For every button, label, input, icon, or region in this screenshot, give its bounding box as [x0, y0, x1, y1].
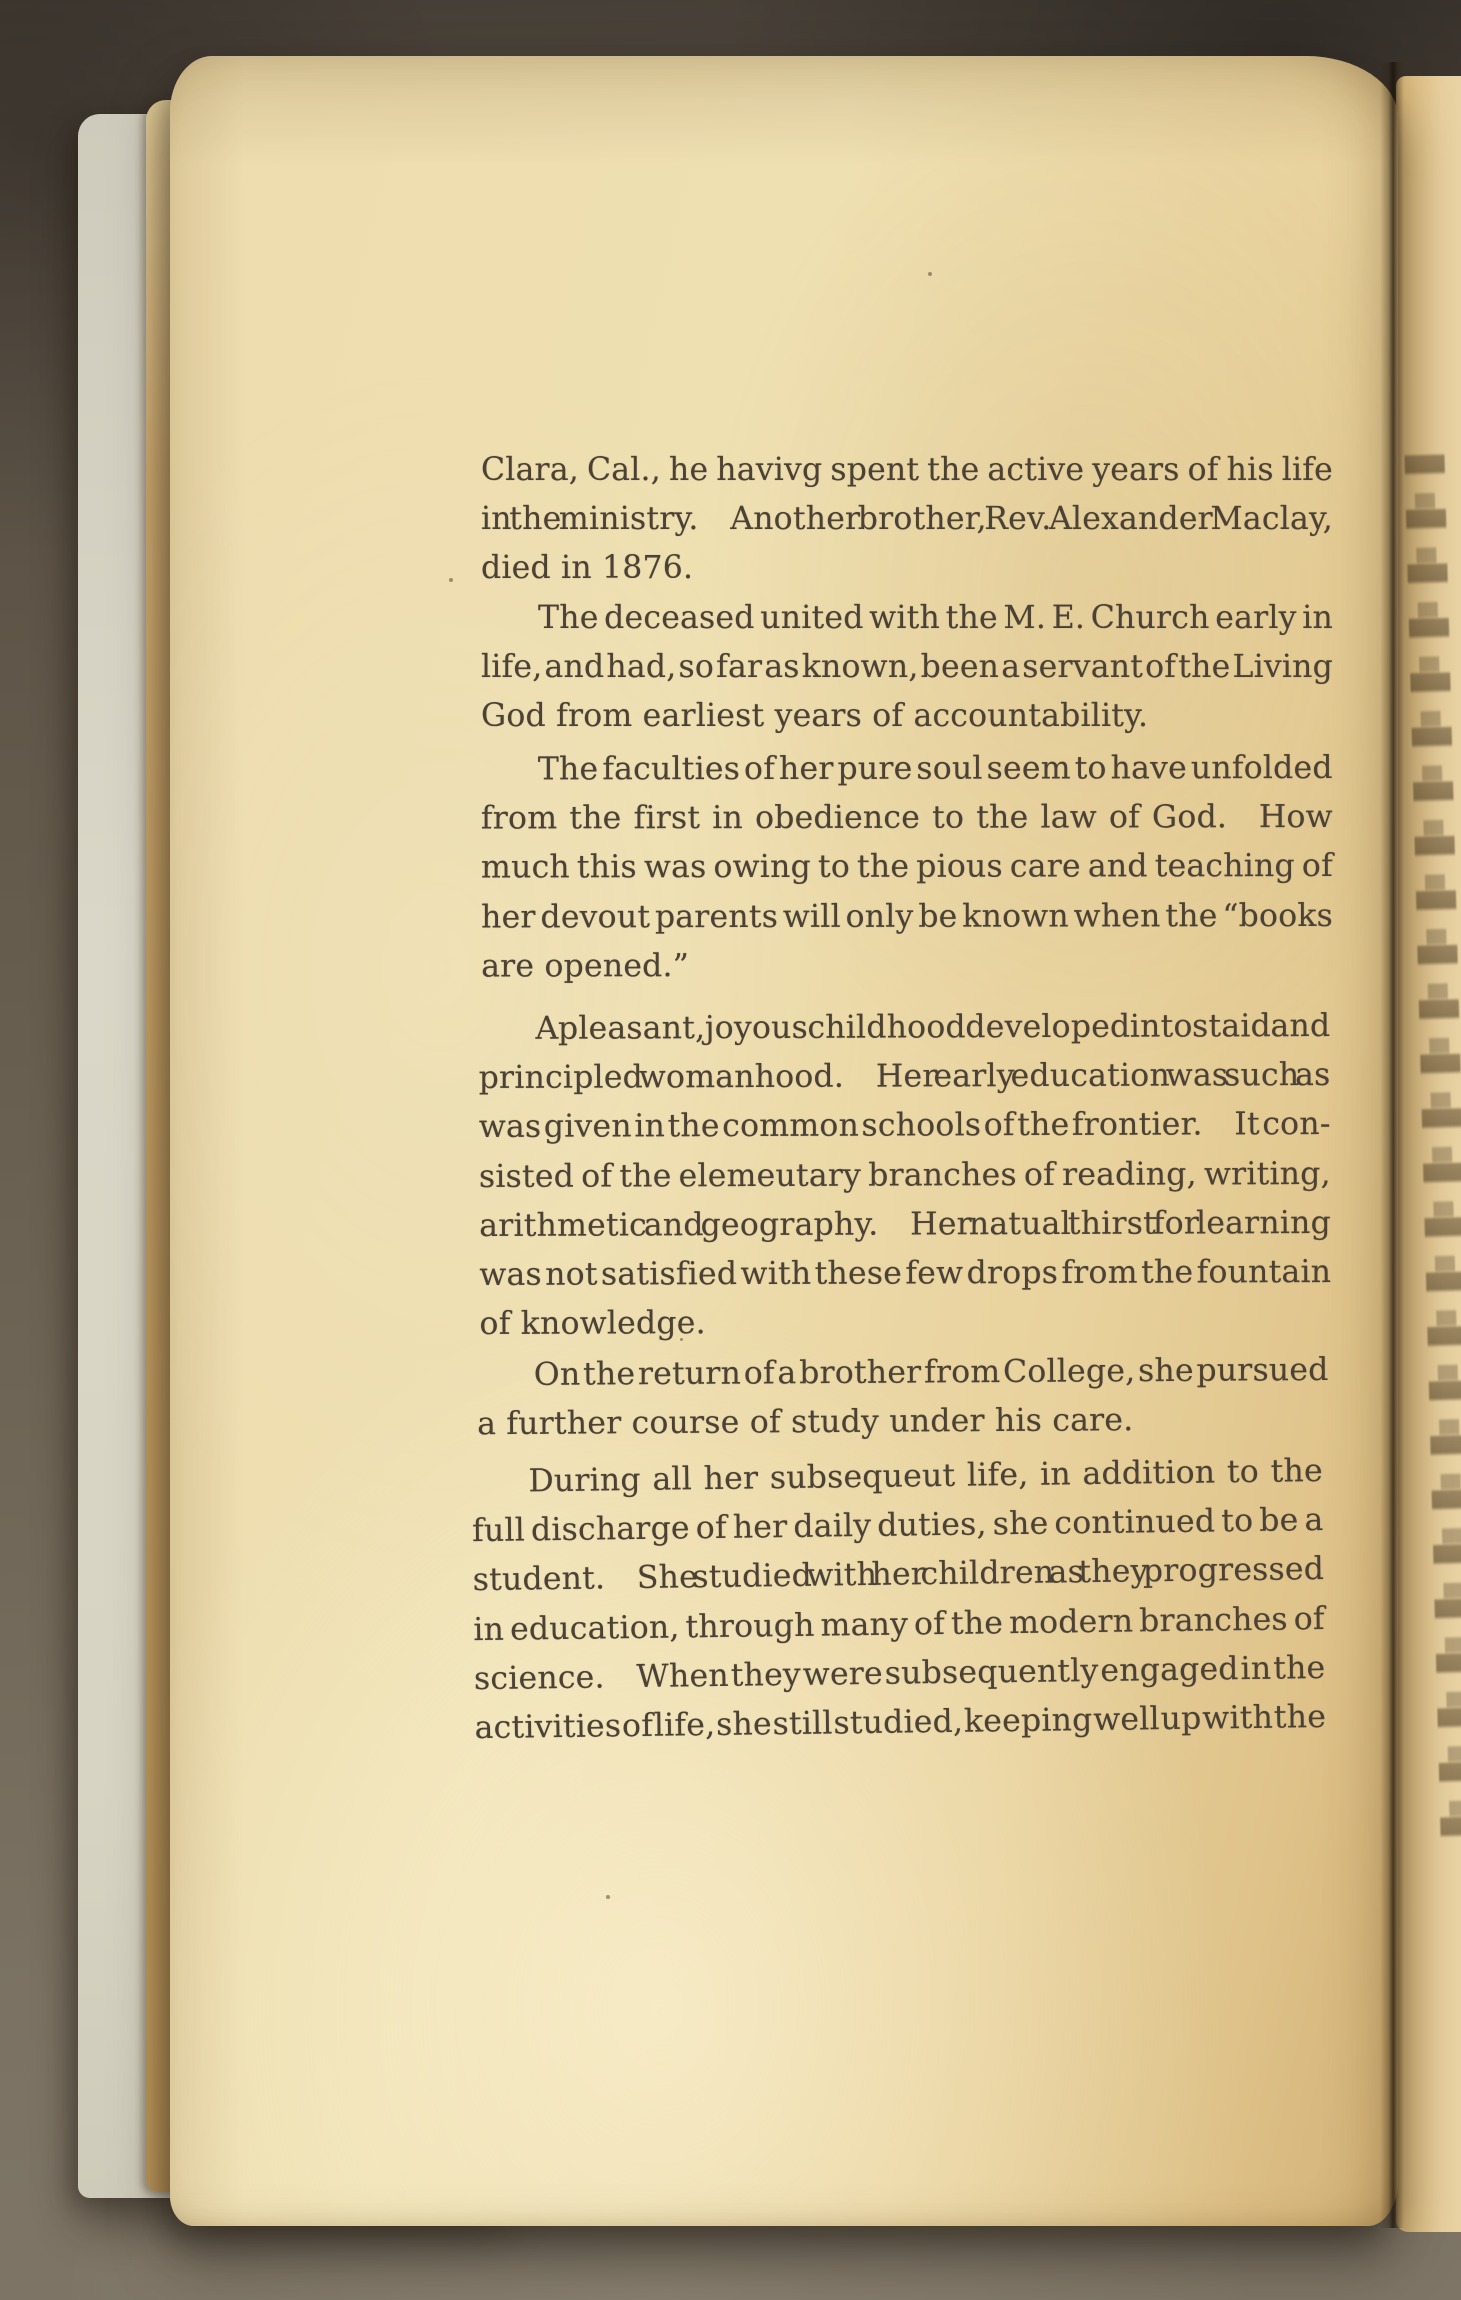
adjacent-page-edge — [1396, 76, 1461, 2232]
ink-speck — [680, 1338, 683, 1341]
paragraph: During all her subsequeut life, in addit… — [471, 1447, 1327, 1753]
text-line: God from earliest years of accountabilit… — [481, 692, 1333, 741]
text-line: arithmetic and geography. Her natual thi… — [479, 1199, 1331, 1251]
paragraph: A pleasant, joyous childhood developed i… — [478, 1002, 1331, 1349]
text-line: principled womanhood. Her early educatio… — [479, 1051, 1331, 1103]
text-line: her devout parents will only be known wh… — [481, 892, 1333, 943]
text-line: The faculties of her pure soul seem to h… — [481, 744, 1333, 795]
ink-speck — [606, 1895, 610, 1899]
text-line: in the ministry. Another brother, Rev. A… — [481, 495, 1333, 544]
text-line: a further course of study under his care… — [477, 1396, 1329, 1450]
text-line: was given in the common schools of the f… — [479, 1100, 1331, 1152]
text-line: was not satisfied with these few drops f… — [479, 1248, 1331, 1300]
book-gutter-shadow — [1380, 62, 1404, 2228]
paragraph: On the return of a brother from College,… — [477, 1346, 1330, 1450]
text-line: life, and had, so far as known, been a s… — [481, 643, 1333, 692]
book-photograph: Clara, Cal., he havivg spent the active … — [0, 0, 1461, 2300]
text-line: from the first in obedience to the law o… — [481, 793, 1333, 844]
page-text: Clara, Cal., he havivg spent the active … — [481, 446, 1333, 1742]
text-line: are opened.” — [481, 941, 1333, 992]
paragraph: The faculties of her pure soul seem to h… — [481, 744, 1333, 991]
ink-speck — [449, 578, 453, 582]
paragraph: Clara, Cal., he havivg spent the active … — [481, 446, 1333, 594]
text-line: died in 1876. — [481, 544, 1333, 593]
text-line: much this was owing to the pious care an… — [481, 843, 1333, 894]
ink-speck — [928, 272, 932, 276]
text-line: The deceased united with the M. E. Churc… — [481, 594, 1333, 643]
text-line: sisted of the elemeutary branches of rea… — [479, 1150, 1331, 1202]
text-line: On the return of a brother from College,… — [477, 1346, 1329, 1400]
text-line: Clara, Cal., he havivg spent the active … — [481, 446, 1333, 495]
text-line: of knowledge. — [479, 1297, 1331, 1349]
paragraph: The deceased united with the M. E. Churc… — [481, 594, 1333, 742]
text-line: A pleasant, joyous childhood developed i… — [478, 1002, 1330, 1054]
